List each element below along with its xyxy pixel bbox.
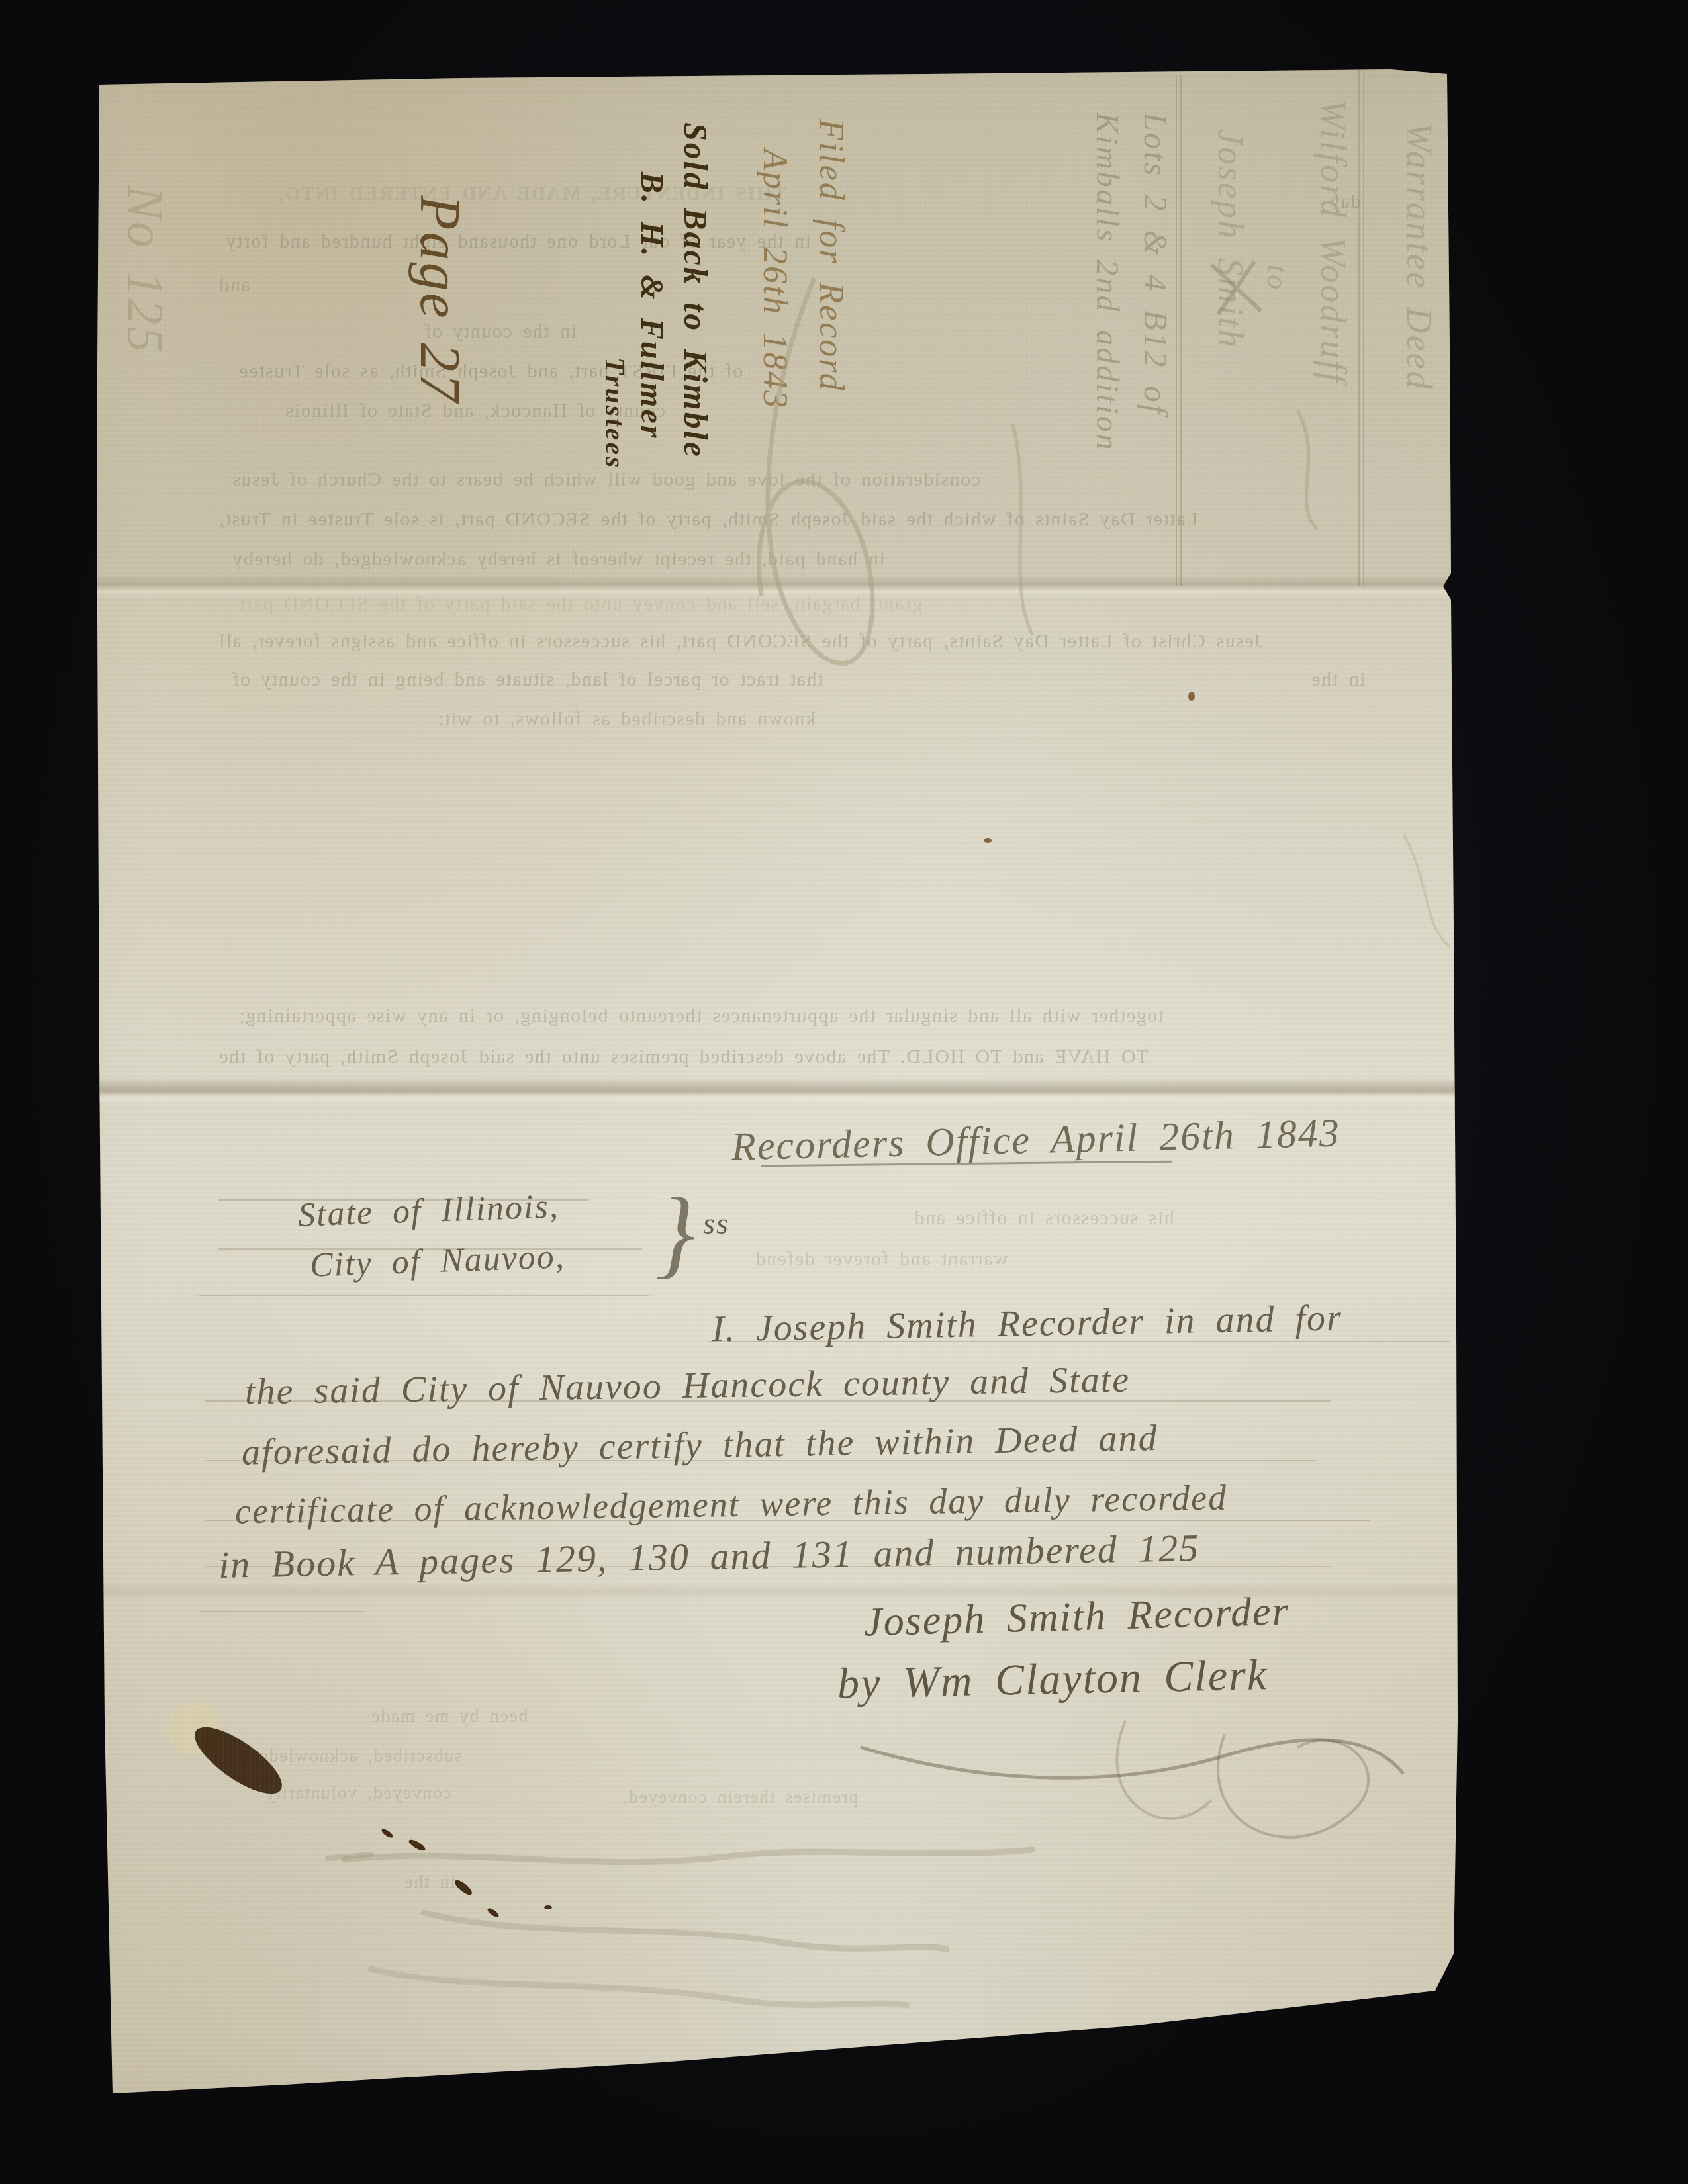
endorsement-page-number: Page 27 xyxy=(407,195,473,404)
certificate-venue-city: City of Nauvoo, xyxy=(309,1237,566,1285)
certificate-heading: Recorders Office April 26th 1843 xyxy=(731,1111,1340,1170)
certificate-body-line: aforesaid do hereby certify that the wit… xyxy=(242,1417,1158,1474)
endorsement-sale-note: Sold Back to Kimble xyxy=(677,122,715,459)
certificate-body-line: certificate of acknowledgement were this… xyxy=(235,1477,1228,1532)
endorsement-lot-description: Kimballs 2nd addition xyxy=(1089,113,1125,451)
certificate-body-line: in Book A pages 129, 130 and 131 and num… xyxy=(218,1525,1200,1587)
ghost-writing xyxy=(328,1854,371,1858)
printed-form-bleedthrough-line: conveyed, voluntarily xyxy=(265,1783,451,1804)
endorsement-to: to xyxy=(1260,265,1294,291)
signature-flourish xyxy=(1117,1721,1211,1819)
endorsement-trustees-label: Trustees xyxy=(598,357,630,469)
form-fill-line xyxy=(199,1295,649,1296)
endorsement-deed-type: Warrantee Deed xyxy=(1399,122,1440,390)
printed-form-bleedthrough-line: premises therein conveyed, xyxy=(622,1787,859,1808)
endorsement-filing-date: April 26th 1843 xyxy=(755,149,794,410)
paper-speck xyxy=(1188,692,1195,701)
certificate-venue-ss: ss xyxy=(703,1206,729,1241)
clerk-countersignature: by Wm Clayton Clerk xyxy=(837,1650,1268,1709)
ink-speck xyxy=(544,1905,552,1909)
ink-speck xyxy=(381,1827,395,1839)
printed-form-bleedthrough-line: in the xyxy=(1311,668,1366,691)
docket-flourish xyxy=(1297,410,1317,529)
recorder-signature: Joseph Smith Recorder xyxy=(863,1588,1289,1647)
certificate-body-line: the said City of Nauvoo Hancock county a… xyxy=(245,1359,1131,1414)
printed-form-bleedthrough-line: Latter Day Saints of which the said Jose… xyxy=(218,508,1198,531)
docket-column-rule xyxy=(1363,70,1364,586)
ink-speck xyxy=(487,1907,500,1919)
docket-column-rule xyxy=(1176,75,1177,586)
printed-form-bleedthrough-line: in hand paid, the receipt whereof is her… xyxy=(232,548,885,570)
signature-flourish xyxy=(1218,1734,1368,1837)
fold-crease xyxy=(0,1077,1688,1105)
printed-form-bleedthrough-line: in the xyxy=(404,1872,455,1893)
printed-form-bleedthrough-line: that tract or parcel of land, situate an… xyxy=(232,668,823,691)
paper-speck xyxy=(984,838,992,843)
printed-form-bleedthrough-line: together with all and singular the appur… xyxy=(238,1005,1164,1027)
endorsement-filing-note: Filed for Record xyxy=(812,119,851,392)
docket-column-rule xyxy=(1358,70,1360,586)
ghost-writing xyxy=(344,1850,1033,1862)
ink-speck xyxy=(453,1878,474,1897)
deed-paper: THIS INDENTURE, MADE AND ENTERED INTO, d… xyxy=(0,0,1688,2184)
printed-form-bleedthrough-line: in the year of our Lord one thousand eig… xyxy=(225,230,811,253)
signature-flourish xyxy=(861,1740,1403,1778)
printed-form-bleedthrough-line: consideration of the love and good will … xyxy=(232,469,980,491)
printed-form-bleedthrough-line: his successors in office and xyxy=(914,1207,1174,1230)
printed-form-bleedthrough-line: warrant and forever defend xyxy=(755,1248,1008,1271)
ink-speck xyxy=(407,1838,426,1853)
printed-form-bleedthrough-line: and xyxy=(218,274,250,296)
docket-column-rule xyxy=(1180,75,1182,586)
endorsement-trustees-names: B. H. & Fullmer xyxy=(633,172,670,439)
pencil-stroke xyxy=(1403,834,1450,946)
endorsement-document-number: No 125 xyxy=(116,185,175,355)
scan-background: THIS INDENTURE, MADE AND ENTERED INTO, d… xyxy=(0,0,1688,2184)
printed-form-bleedthrough-line: Jesus Christ of Latter Day Saints, party… xyxy=(218,630,1262,653)
certificate-body-line: I. Joseph Smith Recorder in and for xyxy=(712,1297,1343,1351)
wax-spot xyxy=(167,1702,220,1755)
ghost-writing xyxy=(424,1913,947,1949)
form-fill-line xyxy=(199,1611,364,1612)
ghost-writing xyxy=(371,1969,907,2005)
endorsement-grantee: Joseph Smith xyxy=(1210,129,1251,349)
printed-form-bleedthrough-line: been by me made xyxy=(371,1706,528,1727)
printed-form-bleedthrough-line: known and described as follows, to wit: xyxy=(437,708,816,731)
certificate-venue-brace: } xyxy=(655,1186,696,1281)
certificate-venue-state: State of Illinois, xyxy=(297,1187,560,1235)
printed-form-bleedthrough-line: grant, bargain, sell and convey unto the… xyxy=(238,593,922,615)
endorsement-lot-description: Lots 2 & 4 B12 of xyxy=(1137,113,1175,416)
endorsement-grantor: Wilford Woodruff xyxy=(1313,99,1354,385)
printed-form-bleedthrough-line: subscribed, acknowledged xyxy=(238,1746,461,1767)
printed-form-bleedthrough-line: TO HAVE and TO HOLD. The above described… xyxy=(218,1046,1149,1068)
